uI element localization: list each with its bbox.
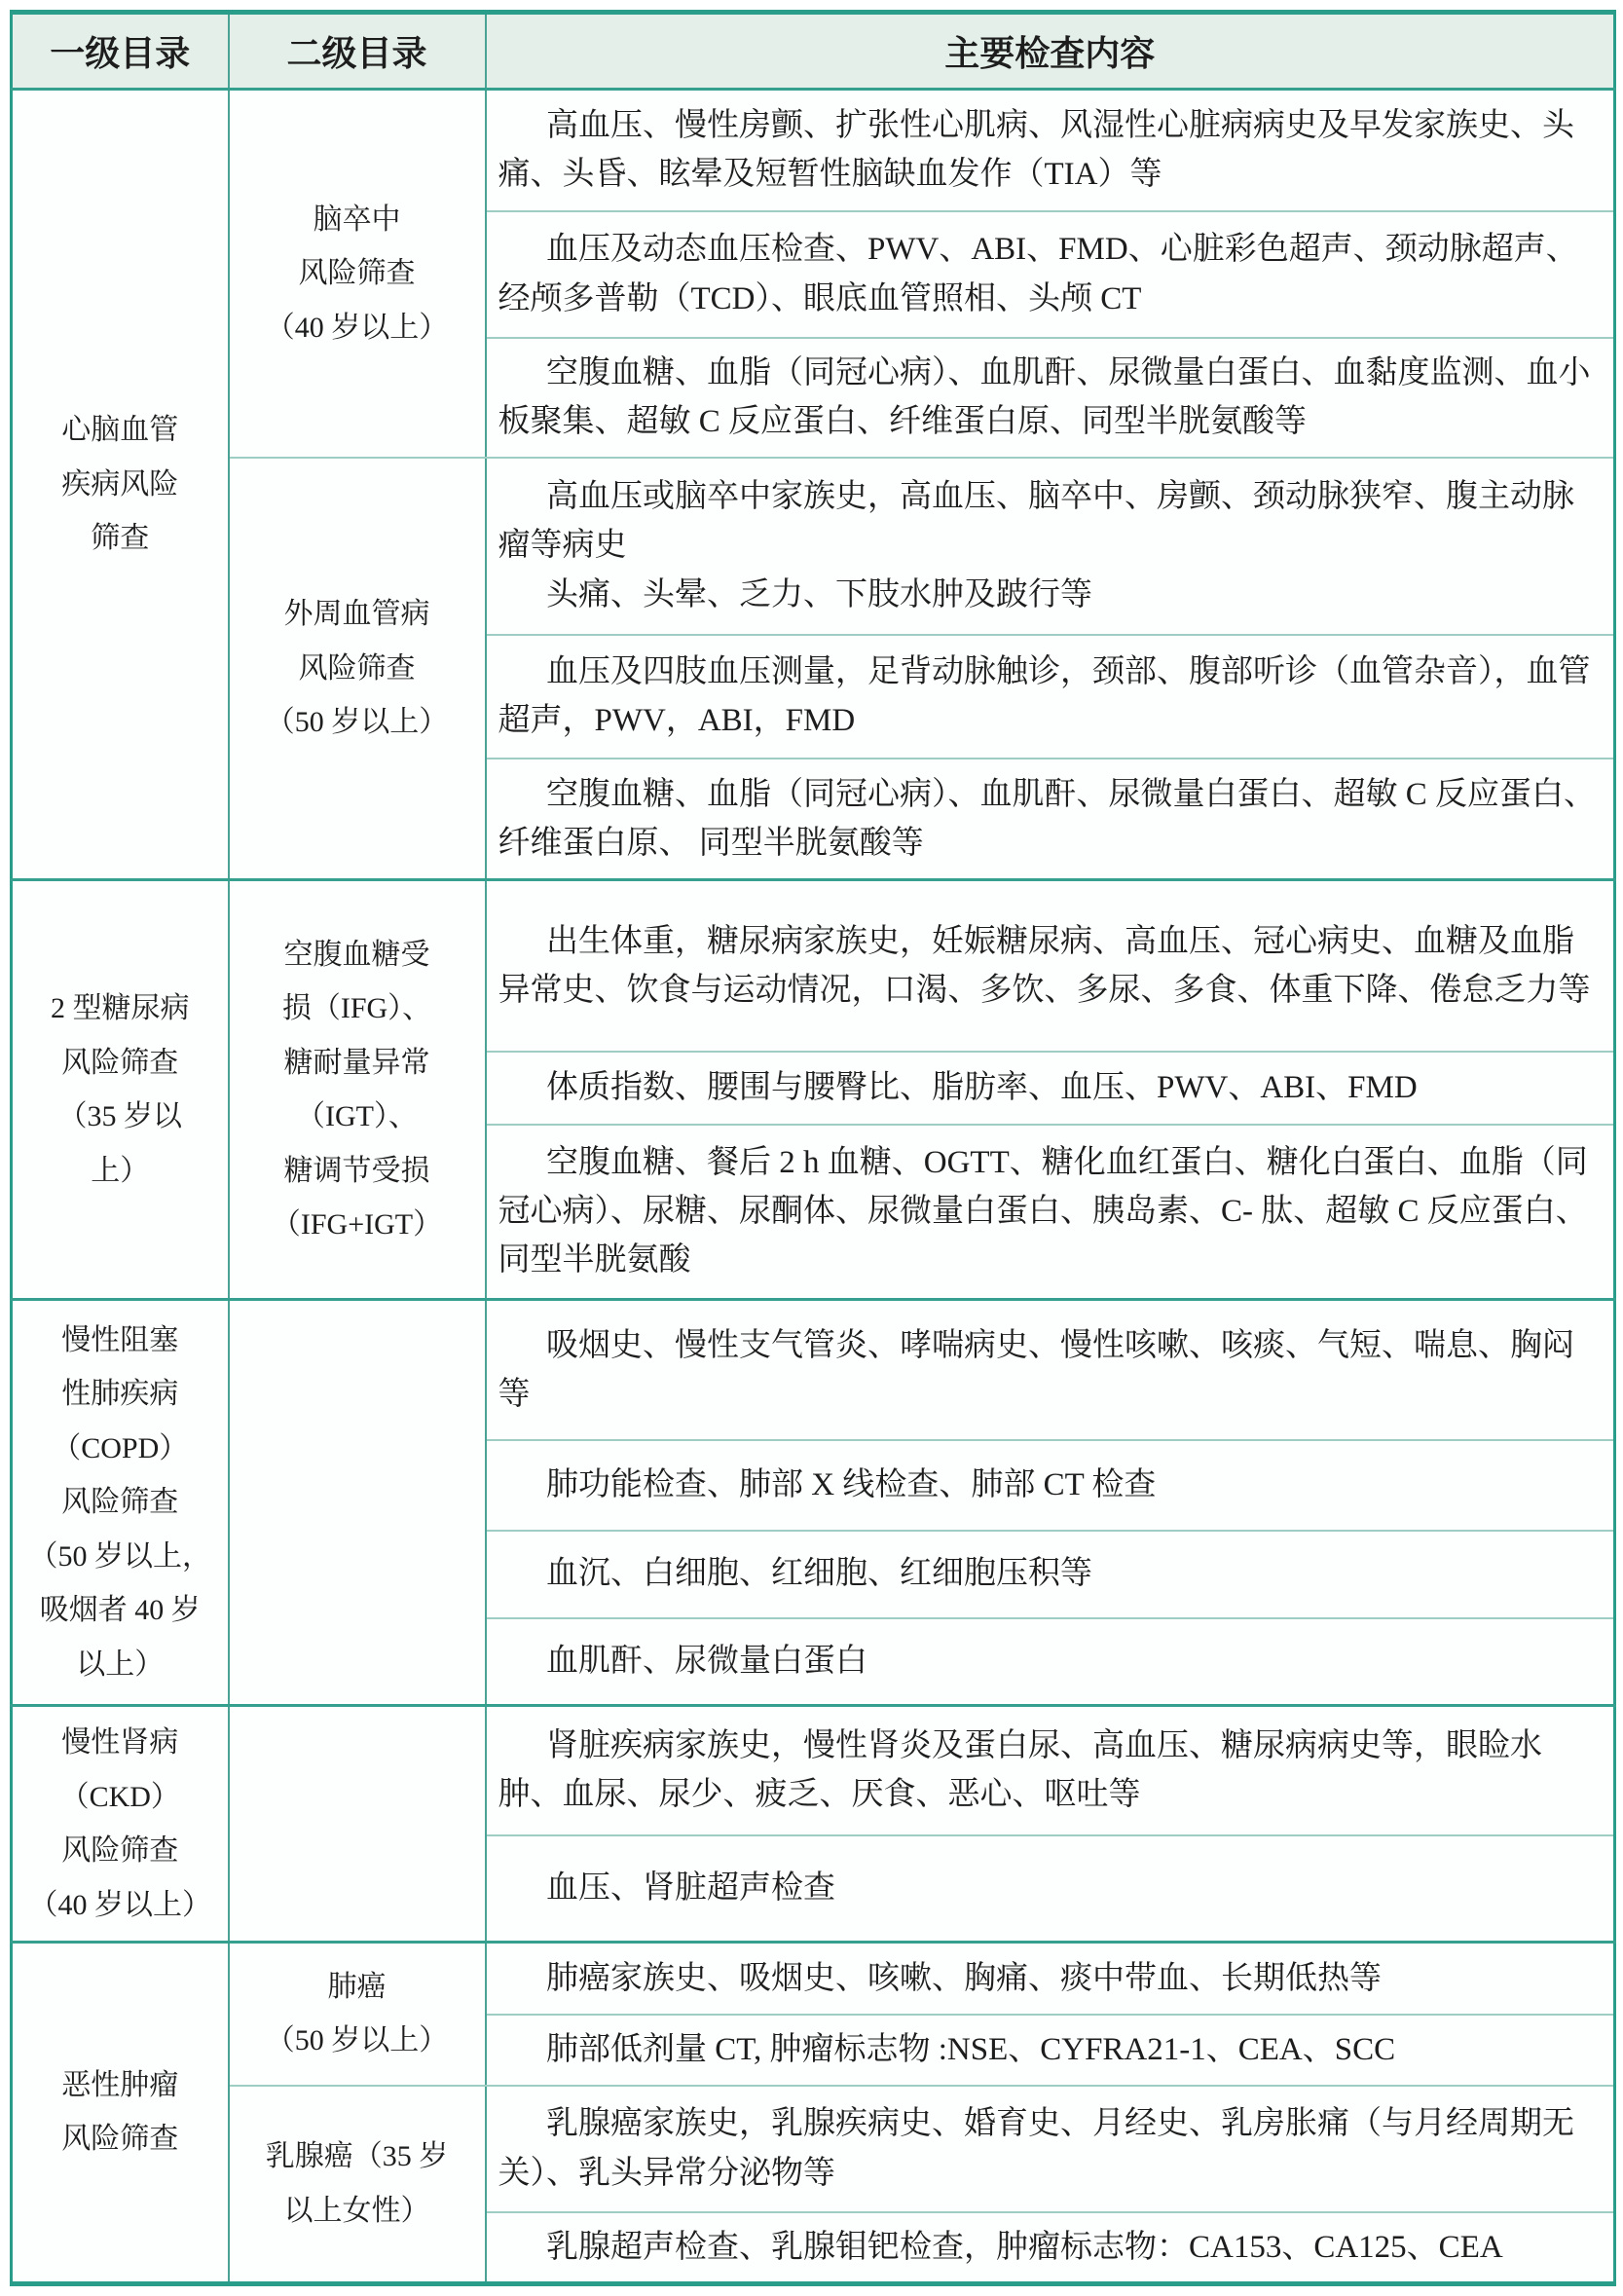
cell-content: 乳腺癌家族史，乳腺疾病史、婚育史、月经史、乳房胀痛（与月经周期无关）、乳头异常分… xyxy=(486,2086,1615,2212)
header-row: 一级目录 二级目录 主要检查内容 xyxy=(12,13,1615,90)
content-paragraph: 血压及动态血压检查、PWV、ABI、FMD、心脏彩色超声、颈动脉超声、经颅多普勒… xyxy=(498,225,1599,322)
cell-level1-copd: 慢性阻塞 性肺疾病 （COPD） 风险筛查 （50 岁以上， 吸烟者 40 岁 … xyxy=(12,1300,229,1706)
table-row: 恶性肿瘤 风险筛查 肺癌 （50 岁以上） 肺癌家族史、吸烟史、咳嗽、胸痛、痰中… xyxy=(12,1943,1615,2015)
table-row: 心脑血管 疾病风险 筛查 脑卒中 风险筛查 （40 岁以上） 高血压、慢性房颤、… xyxy=(12,90,1615,211)
content-paragraph: 高血压或脑卒中家族史，高血压、脑卒中、房颤、颈动脉狭窄、腹主动脉瘤等病史 xyxy=(498,472,1599,570)
screening-table: 一级目录 二级目录 主要检查内容 心脑血管 疾病风险 筛查 脑卒中 风险筛查 （… xyxy=(10,10,1616,2286)
page: 一级目录 二级目录 主要检查内容 心脑血管 疾病风险 筛查 脑卒中 风险筛查 （… xyxy=(0,0,1623,2296)
cell-content: 血压及动态血压检查、PWV、ABI、FMD、心脏彩色超声、颈动脉超声、经颅多普勒… xyxy=(486,211,1615,338)
cell-level1-diabetes: 2 型糖尿病 风险筛查 （35 岁以 上） xyxy=(12,880,229,1300)
cell-content: 高血压或脑卒中家族史，高血压、脑卒中、房颤、颈动脉狭窄、腹主动脉瘤等病史 头痛、… xyxy=(486,458,1615,635)
content-paragraph: 肾脏疾病家族史，慢性肾炎及蛋白尿、高血压、糖尿病病史等，眼睑水肿、血尿、尿少、疲… xyxy=(498,1722,1599,1819)
cell-content: 吸烟史、慢性支气管炎、哮喘病史、慢性咳嗽、咳痰、气短、喘息、胸闷等 xyxy=(486,1300,1615,1440)
cell-content: 乳腺超声检查、乳腺钼钯检查，肿瘤标志物：CA153、CA125、CEA xyxy=(486,2212,1615,2284)
cell-level2-lung-cancer: 肺癌 （50 岁以上） xyxy=(229,1943,486,2086)
cell-content: 血压、肾脏超声检查 xyxy=(486,1835,1615,1943)
content-paragraph: 乳腺超声检查、乳腺钼钯检查，肿瘤标志物：CA153、CA125、CEA xyxy=(498,2223,1599,2272)
cell-content: 肾脏疾病家族史，慢性肾炎及蛋白尿、高血压、糖尿病病史等，眼睑水肿、血尿、尿少、疲… xyxy=(486,1706,1615,1835)
cell-level2-peripheral-vascular: 外周血管病 风险筛查 （50 岁以上） xyxy=(229,458,486,880)
cell-content: 肺功能检查、肺部 X 线检查、肺部 CT 检查 xyxy=(486,1440,1615,1531)
content-paragraph: 血压及四肢血压测量，足背动脉触诊，颈部、腹部听诊（血管杂音），血管超声，PWV，… xyxy=(498,648,1599,745)
cell-content: 出生体重，糖尿病家族史，妊娠糖尿病、高血压、冠心病史、血糖及血脂异常史、饮食与运… xyxy=(486,880,1615,1052)
table-row: 乳腺癌（35 岁 以上女性） 乳腺癌家族史，乳腺疾病史、婚育史、月经史、乳房胀痛… xyxy=(12,2086,1615,2212)
table-row: 2 型糖尿病 风险筛查 （35 岁以 上） 空腹血糖受 损（IFG）、 糖耐量异… xyxy=(12,880,1615,1052)
cell-content: 体质指数、腰围与腰臀比、脂肪率、血压、PWV、ABI、FMD xyxy=(486,1052,1615,1125)
cell-level1-ckd: 慢性肾病 （CKD） 风险筛查 （40 岁以上） xyxy=(12,1706,229,1943)
cell-content: 血肌酐、尿微量白蛋白 xyxy=(486,1618,1615,1706)
cell-level2-empty-ckd xyxy=(229,1706,486,1943)
content-paragraph: 出生体重，糖尿病家族史，妊娠糖尿病、高血压、冠心病史、血糖及血脂异常史、饮食与运… xyxy=(498,917,1599,1015)
cell-level2-glucose: 空腹血糖受 损（IFG）、 糖耐量异常 （IGT）、 糖调节受损 （IFG+IG… xyxy=(229,880,486,1300)
header-cell-level2: 二级目录 xyxy=(229,13,486,90)
content-paragraph: 吸烟史、慢性支气管炎、哮喘病史、慢性咳嗽、咳痰、气短、喘息、胸闷等 xyxy=(498,1321,1599,1419)
content-paragraph: 肺部低剂量 CT, 肿瘤标志物 :NSE、CYFRA21-1、CEA、SCC xyxy=(498,2025,1599,2074)
cell-content: 空腹血糖、血脂（同冠心病）、血肌酐、尿微量白蛋白、血黏度监测、血小板聚集、超敏 … xyxy=(486,338,1615,458)
cell-content: 血压及四肢血压测量，足背动脉触诊，颈部、腹部听诊（血管杂音），血管超声，PWV，… xyxy=(486,635,1615,759)
content-paragraph: 体质指数、腰围与腰臀比、脂肪率、血压、PWV、ABI、FMD xyxy=(498,1063,1599,1112)
cell-content: 高血压、慢性房颤、扩张性心肌病、风湿性心脏病病史及早发家族史、头痛、头昏、眩晕及… xyxy=(486,90,1615,211)
content-paragraph: 高血压、慢性房颤、扩张性心肌病、风湿性心脏病病史及早发家族史、头痛、头昏、眩晕及… xyxy=(498,101,1599,199)
content-paragraph: 肺癌家族史、吸烟史、咳嗽、胸痛、痰中带血、长期低热等 xyxy=(498,1954,1599,2003)
content-paragraph: 空腹血糖、餐后 2 h 血糖、OGTT、糖化血红蛋白、糖化白蛋白、血脂（同冠心病… xyxy=(498,1138,1599,1284)
header-cell-content: 主要检查内容 xyxy=(486,13,1615,90)
table-row: 外周血管病 风险筛查 （50 岁以上） 高血压或脑卒中家族史，高血压、脑卒中、房… xyxy=(12,458,1615,635)
cell-content: 空腹血糖、餐后 2 h 血糖、OGTT、糖化血红蛋白、糖化白蛋白、血脂（同冠心病… xyxy=(486,1125,1615,1300)
cell-level2-breast-cancer: 乳腺癌（35 岁 以上女性） xyxy=(229,2086,486,2284)
content-paragraph: 血沉、白细胞、红细胞、红细胞压积等 xyxy=(498,1549,1599,1598)
cell-content: 血沉、白细胞、红细胞、红细胞压积等 xyxy=(486,1531,1615,1618)
content-paragraph: 血压、肾脏超声检查 xyxy=(498,1864,1599,1912)
content-paragraph: 空腹血糖、血脂（同冠心病）、血肌酐、尿微量白蛋白、血黏度监测、血小板聚集、超敏 … xyxy=(498,349,1599,446)
cell-content: 肺癌家族史、吸烟史、咳嗽、胸痛、痰中带血、长期低热等 xyxy=(486,1943,1615,2015)
cell-level2-stroke: 脑卒中 风险筛查 （40 岁以上） xyxy=(229,90,486,458)
cell-content: 空腹血糖、血脂（同冠心病）、血肌酐、尿微量白蛋白、超敏 C 反应蛋白、纤维蛋白原… xyxy=(486,759,1615,880)
cell-level1-cancer: 恶性肿瘤 风险筛查 xyxy=(12,1943,229,2284)
content-paragraph: 血肌酐、尿微量白蛋白 xyxy=(498,1637,1599,1685)
cell-level2-empty-copd xyxy=(229,1300,486,1706)
header-cell-level1: 一级目录 xyxy=(12,13,229,90)
content-paragraph: 空腹血糖、血脂（同冠心病）、血肌酐、尿微量白蛋白、超敏 C 反应蛋白、纤维蛋白原… xyxy=(498,770,1599,868)
table-row: 慢性肾病 （CKD） 风险筛查 （40 岁以上） 肾脏疾病家族史，慢性肾炎及蛋白… xyxy=(12,1706,1615,1835)
table-row: 慢性阻塞 性肺疾病 （COPD） 风险筛查 （50 岁以上， 吸烟者 40 岁 … xyxy=(12,1300,1615,1440)
content-paragraph: 肺功能检查、肺部 X 线检查、肺部 CT 检查 xyxy=(498,1461,1599,1509)
content-paragraph: 头痛、头晕、乏力、下肢水肿及跛行等 xyxy=(498,571,1599,619)
cell-level1-cardio: 心脑血管 疾病风险 筛查 xyxy=(12,90,229,880)
content-paragraph: 乳腺癌家族史，乳腺疾病史、婚育史、月经史、乳房胀痛（与月经周期无关）、乳头异常分… xyxy=(498,2099,1599,2197)
cell-content: 肺部低剂量 CT, 肿瘤标志物 :NSE、CYFRA21-1、CEA、SCC xyxy=(486,2015,1615,2086)
